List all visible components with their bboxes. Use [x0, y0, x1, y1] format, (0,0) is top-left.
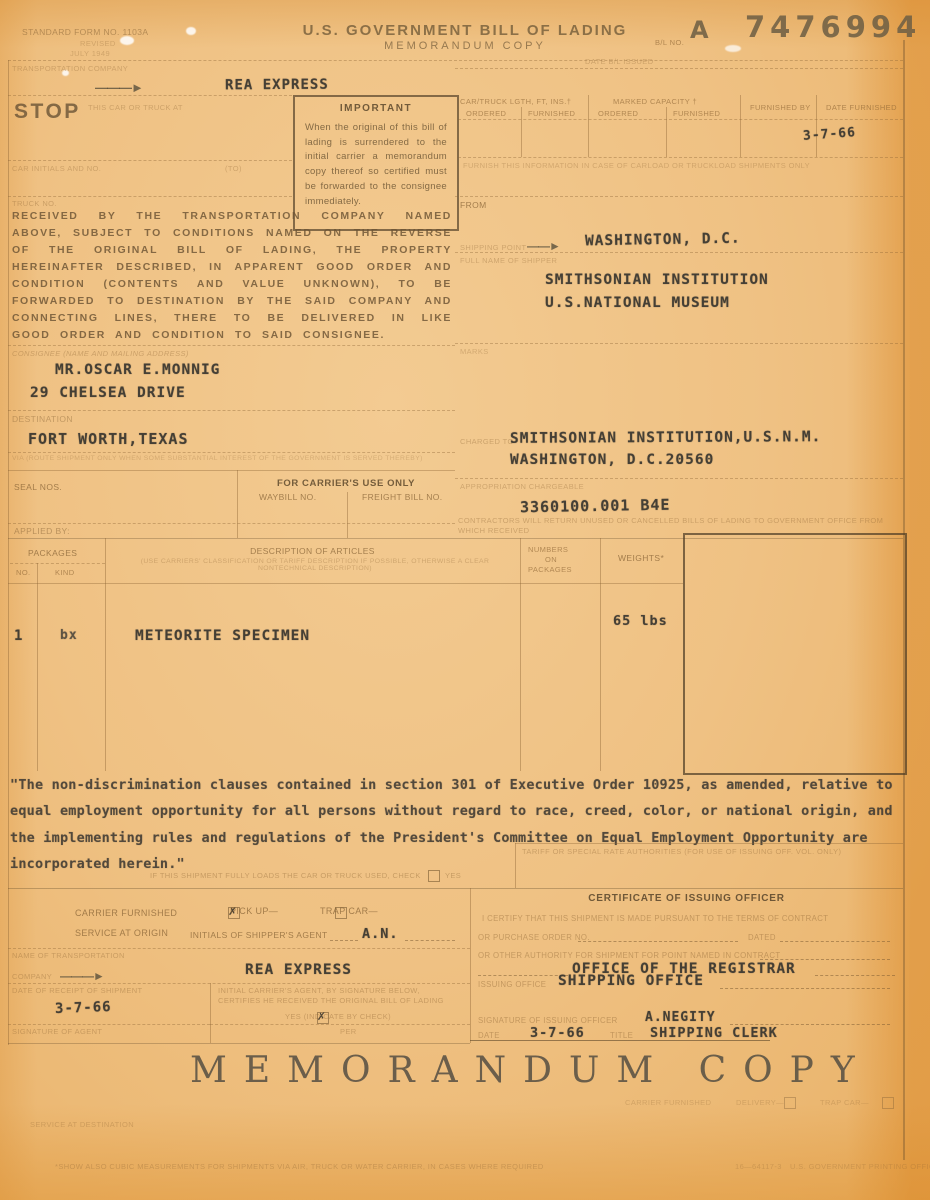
equipment-sub-furnished: FURNISHED — [673, 109, 720, 118]
via-note: VIA (ROUTE SHIPMENT ONLY WHEN SOME SUBST… — [12, 455, 423, 462]
charged-to-stamp-1: SMITHSONIAN INSTITUTION,U.S.N.M. — [510, 429, 821, 447]
rule — [347, 492, 348, 538]
rule — [237, 470, 238, 538]
fill-line — [330, 940, 358, 941]
signature-of-agent-label: SIGNATURE OF AGENT — [12, 1027, 102, 1036]
footer-trap-car-checkbox[interactable] — [882, 1097, 894, 1109]
bl-no-label: B/L NO. — [655, 38, 684, 47]
arrow-icon: ———► — [60, 969, 104, 983]
rule — [520, 538, 521, 771]
bl-number: 7476994 — [745, 10, 921, 44]
equipment-sub-ordered: ORDERED — [598, 109, 638, 118]
rule — [105, 538, 106, 771]
rule — [458, 157, 903, 158]
consignee-name-stamp: MR.OSCAR E.MONNIG — [55, 362, 220, 378]
rule — [8, 983, 470, 984]
scan-speck — [186, 27, 196, 35]
company-label: COMPANY — [12, 972, 52, 981]
applied-by-label: APPLIED BY: — [14, 526, 70, 536]
footer-trap-car-label: TRAP CAR— — [820, 1098, 869, 1107]
certificate-line3: OR OTHER AUTHORITY FOR SHIPMENT FOR POIN… — [478, 951, 781, 960]
weights-header: WEIGHTS* — [618, 553, 664, 563]
waybill-label: WAYBILL NO. — [259, 492, 316, 502]
important-title: IMPORTANT — [295, 103, 457, 114]
service-at-destination-label: SERVICE AT DESTINATION — [30, 1120, 134, 1129]
row-description: METEORITE SPECIMEN — [135, 628, 310, 644]
footer-delivery-checkbox[interactable] — [784, 1097, 796, 1109]
rule — [600, 538, 601, 771]
certificate-block: CERTIFICATE OF ISSUING OFFICER I CERTIFY… — [470, 888, 903, 1043]
fill-line — [478, 975, 568, 976]
kind-header: KIND — [55, 568, 75, 577]
equipment-sub-furnished: FURNISHED — [528, 109, 575, 118]
rule — [521, 107, 522, 157]
nondiscrimination-clause: "The non-discrimination clauses containe… — [10, 772, 903, 877]
car-initials-label: CAR INITIALS AND NO. — [12, 164, 101, 173]
rule — [10, 563, 105, 564]
rule — [8, 1024, 210, 1025]
tariff-note: TARIFF OR SPECIAL RATE AUTHORITIES (FOR … — [522, 847, 841, 856]
appropriation-stamp: 3360100.001 B4E — [520, 496, 671, 517]
rule — [458, 119, 903, 120]
memo-area-box — [683, 533, 907, 775]
numbers-header: ON — [545, 555, 557, 564]
pickup-label: PICK UP— — [230, 906, 278, 916]
rule — [8, 948, 470, 949]
description-subheader: (USE CARRIERS' CLASSIFICATION OR TARIFF … — [115, 558, 515, 572]
date-furnished-stamp: 3-7-66 — [803, 125, 857, 144]
certificate-line1: I CERTIFY THAT THIS SHIPMENT IS MADE PUR… — [482, 914, 828, 923]
equipment-note: FURNISH THIS INFORMATION IN CASE OF CARL… — [463, 161, 810, 170]
scan-speck — [725, 45, 741, 52]
rule — [455, 343, 903, 344]
row-kind: bx — [60, 628, 78, 643]
carriers-use-title: FOR CARRIER'S USE ONLY — [237, 478, 455, 489]
important-body: When the original of this bill of lading… — [305, 121, 447, 209]
issuing-office-stamp: SHIPPING OFFICE — [558, 973, 704, 989]
rule — [8, 196, 292, 197]
date-label: DATE — [478, 1031, 500, 1040]
rule — [470, 1040, 770, 1041]
seal-nos-label: SEAL NOS. — [14, 482, 62, 492]
fill-line — [815, 975, 895, 976]
scan-speck — [120, 36, 134, 45]
certificate-line2b: DATED — [748, 933, 776, 942]
footer-carrier-furnished-label: CARRIER FURNISHED — [625, 1098, 711, 1107]
rule — [8, 583, 683, 584]
description-header: DESCRIPTION OF ARTICLES — [105, 546, 520, 556]
stop-sub-label: THIS CAR OR TRUCK AT — [88, 103, 183, 112]
numbers-header: NUMBERS — [528, 545, 568, 554]
to-label: (TO) — [225, 164, 242, 173]
rule — [8, 60, 903, 61]
rule — [8, 345, 455, 346]
name-of-transportation-label: NAME OF TRANSPORTATION — [12, 951, 125, 960]
bill-of-lading-document: Standard Form No. 1103a Revised July 194… — [0, 0, 930, 1200]
gpo-imprint: U.S. GOVERNMENT PRINTING OFFICE — [790, 1162, 930, 1171]
bl-series: A — [690, 16, 714, 44]
full-name-of-shipper-label: FULL NAME OF SHIPPER — [460, 256, 557, 265]
row-weight: 65 lbs — [613, 613, 668, 629]
footer-delivery-label: DELIVERY— — [736, 1098, 784, 1107]
trap-car-label: TRAP CAR— — [320, 906, 378, 916]
destination-label: DESTINATION — [12, 414, 73, 424]
form-number: Standard Form No. 1103a — [22, 27, 149, 37]
initials-of-shippers-agent-label: INITIALS OF SHIPPER'S AGENT — [190, 930, 328, 940]
rule — [8, 523, 455, 524]
rule — [8, 452, 455, 453]
equipment-grid: CAR/TRUCK LGTH, FT, INS.† ORDERED FURNIS… — [458, 95, 903, 170]
agent-cert-text: INITIAL CARRIER'S AGENT, BY SIGNATURE BE… — [218, 986, 463, 1006]
service-at-origin-label: SERVICE AT ORIGIN — [75, 928, 168, 938]
fill-line — [405, 940, 455, 941]
arrow-icon: ——► — [527, 239, 560, 253]
consignee-label: CONSIGNEE (NAME AND MAILING ADDRESS) — [12, 349, 189, 358]
form-left-border — [8, 60, 9, 1045]
equipment-col4-header: DATE FURNISHED — [826, 103, 897, 112]
memorandum-copy-text: MEMORANDUM COPY — [190, 1050, 872, 1091]
date-of-receipt-label: DATE OF RECEIPT OF SHIPMENT — [12, 986, 143, 995]
form-number-date: July 1949 — [70, 49, 110, 58]
shipper-name-stamp-1: SMITHSONIAN INSTITUTION — [545, 272, 769, 288]
certificate-title-stamp: SHIPPING CLERK — [650, 1025, 778, 1041]
print-code: 16—64117-3 — [735, 1162, 782, 1171]
full-load-yes-label: YES — [445, 871, 461, 880]
carrier-furnished-label: CARRIER FURNISHED — [75, 908, 177, 918]
equipment-col3-header: FURNISHED BY — [750, 103, 811, 112]
full-load-text: IF THIS SHIPMENT FULLY LOADS THE CAR OR … — [150, 871, 421, 880]
carriers-use-box: FOR CARRIER'S USE ONLY WAYBILL NO. FREIG… — [237, 470, 455, 538]
transportation-company-stamp: REA EXPRESS — [245, 962, 352, 978]
certificate-date-stamp: 3-7-66 — [530, 1025, 585, 1041]
charged-to-stamp-2: WASHINGTON, D.C.20560 — [510, 452, 714, 468]
rule — [8, 95, 292, 96]
rule — [8, 410, 455, 411]
full-load-checkbox[interactable] — [428, 870, 440, 882]
issuing-officer-signature-stamp: A.NEGITY — [645, 1010, 716, 1025]
no-header: NO. — [16, 568, 31, 577]
document-subtitle: MEMORANDUM COPY — [250, 40, 680, 52]
rule — [210, 983, 211, 1043]
footnote: *SHOW ALSO CUBIC MEASUREMENTS FOR SHIPME… — [55, 1162, 544, 1171]
date-of-receipt-stamp: 3-7-66 — [55, 999, 112, 1017]
rule — [8, 160, 292, 161]
marks-label: MARKS — [460, 347, 489, 356]
rule — [515, 843, 516, 888]
certificate-title: CERTIFICATE OF ISSUING OFFICER — [470, 893, 903, 904]
stop-label: STOP — [14, 100, 81, 124]
carrier-name-stamp: REA EXPRESS — [225, 77, 329, 94]
shipper-name-stamp-2: U.S.NATIONAL MUSEUM — [545, 295, 730, 311]
rule — [455, 196, 903, 197]
consignee-address-stamp: 29 CHELSEA DRIVE — [30, 385, 186, 401]
shipping-point-stamp: WASHINGTON, D.C. — [585, 231, 741, 250]
rule — [588, 95, 589, 157]
appropriation-label: APPROPRIATION CHARGEABLE — [460, 482, 584, 491]
issuing-office-label: ISSUING OFFICE — [478, 980, 546, 989]
agent-yes-label: YES (INDICATE BY CHECK) — [285, 1012, 391, 1021]
charged-to-label: CHARGED TO — [460, 437, 514, 446]
truck-no-label: TRUCK NO. — [12, 199, 57, 208]
document-title: U.S. GOVERNMENT BILL OF LADING — [250, 22, 680, 39]
rule — [455, 252, 903, 253]
signature-of-issuing-officer-label: SIGNATURE OF ISSUING OFFICER — [478, 1016, 618, 1025]
from-label: FROM — [460, 200, 487, 210]
rule — [455, 68, 903, 69]
rule — [37, 563, 38, 771]
shipping-point-label: SHIPPING POINT — [460, 243, 526, 252]
equipment-col2-header: MARKED CAPACITY † — [613, 97, 697, 106]
freight-bill-label: FREIGHT BILL NO. — [362, 492, 443, 502]
received-clause: RECEIVED BY THE TRANSPORTATION COMPANY N… — [12, 208, 452, 344]
rule — [8, 1043, 470, 1044]
rule — [515, 843, 903, 844]
numbers-header: PACKAGES — [528, 565, 572, 574]
title-label: TITLE — [610, 1031, 633, 1040]
rule — [666, 107, 667, 157]
equipment-col1-header: CAR/TRUCK LGTH, FT, INS.† — [460, 97, 571, 106]
per-label: PER — [340, 1027, 357, 1036]
fill-line — [578, 941, 738, 942]
destination-stamp: FORT WORTH,TEXAS — [28, 430, 189, 448]
arrow-icon: ———► — [95, 80, 143, 95]
fill-line — [760, 959, 890, 960]
rule — [816, 95, 817, 157]
shippers-agent-initials-stamp: A.N. — [362, 926, 399, 942]
certificate-line2a: OR PURCHASE ORDER NO. — [478, 933, 590, 942]
packages-header: PACKAGES — [28, 548, 77, 558]
transportation-company-label: TRANSPORTATION COMPANY — [12, 64, 128, 73]
fill-line — [780, 941, 890, 942]
equipment-sub-ordered: ORDERED — [466, 109, 506, 118]
rule — [740, 95, 741, 157]
form-number-rev: Revised — [80, 39, 116, 48]
row-no: 1 — [14, 628, 23, 644]
rule — [455, 478, 903, 479]
rule — [210, 1024, 470, 1025]
fill-line — [720, 988, 890, 989]
date-bl-issued-label: DATE B/L ISSUED — [585, 57, 654, 66]
